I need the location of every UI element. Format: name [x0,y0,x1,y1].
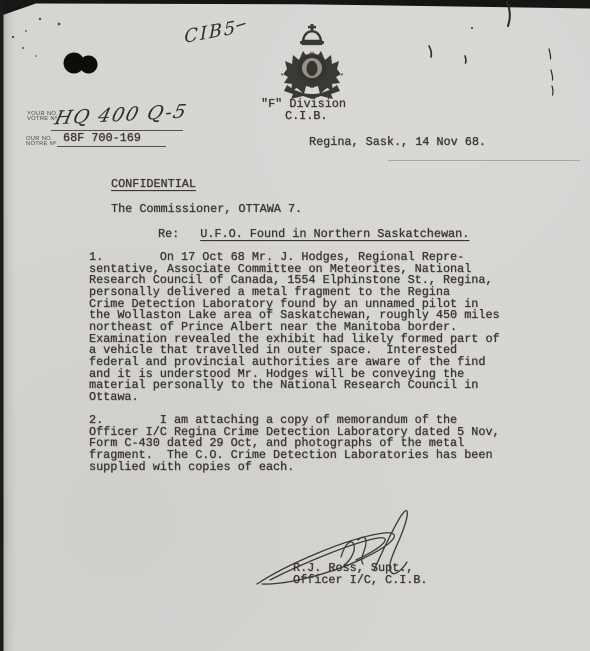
our-no-value: 68F 700-169 [63,133,141,145]
left-edge-scan-bar [0,0,4,651]
hole-punch-mark [64,53,98,74]
corner-notch [0,0,46,16]
rcmp-crest-icon [272,24,352,102]
body-paragraph-1: 1. On 17 Oct 68 Mr. J. Hodges, Regional … [89,252,500,404]
left-edge-shadow [0,0,16,651]
addressee-line: The Commissioner, OTTAWA 7. [111,204,302,216]
our-no-underline [57,146,166,147]
classification-heading: CONFIDENTIAL [111,179,196,191]
handwritten-cib-note: CIB5 [184,17,237,48]
subject-line: Re: U.F.O. Found in Northern Saskatchewa… [158,229,469,241]
ink-specks [12,18,473,57]
scanned-letter-page: CIB5 "F" Division C.I.B. YOUR NO. VOTRE … [0,0,590,651]
signatory-title: Officer I/C, C.I.B. [293,575,428,587]
branch-line: C.I.B. [285,111,327,123]
your-no-value: HQ 400 Q-5 [53,101,190,130]
top-edge-scan-bar [0,0,590,9]
subject-text: U.F.O. Found in Northern Saskatchewan. [200,229,469,241]
body-paragraph-2: 2. I am attaching a copy of memorandum o… [89,415,500,473]
dateline: Regina, Sask., 14 Nov 68. [309,137,486,149]
dateline-rule [388,160,580,161]
our-no-label: OUR NO. NOTRE Nº [26,137,57,148]
crest-bison [307,61,318,76]
subject-prefix: Re: [158,229,179,241]
